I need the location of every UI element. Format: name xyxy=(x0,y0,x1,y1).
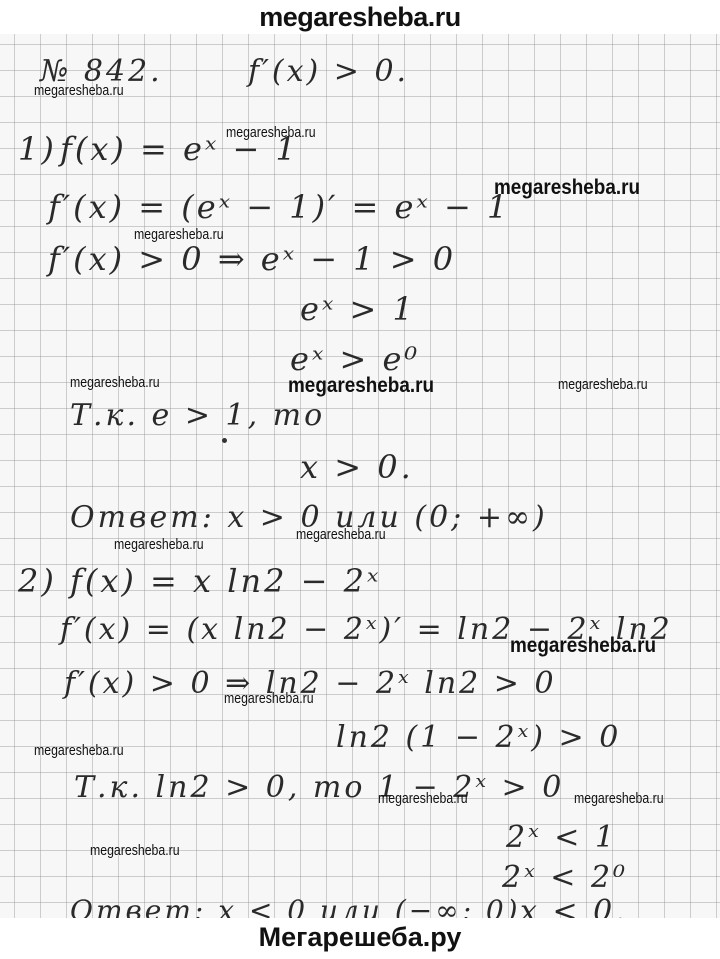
watermark: megaresheba.ru xyxy=(114,536,204,553)
watermark: megaresheba.ru xyxy=(34,82,124,99)
part1-line-step1: eˣ > 1 xyxy=(300,290,416,328)
watermark: megaresheba.ru xyxy=(134,226,224,243)
watermark: megaresheba.ru xyxy=(90,842,180,859)
part2-line-step1: 2ˣ < 1 xyxy=(506,820,617,855)
site-footer-banner: Мегарешеба.ру xyxy=(0,918,720,959)
watermark: megaresheba.ru xyxy=(226,124,316,141)
part1-line-step2: eˣ > e⁰ xyxy=(290,340,420,378)
problem-condition: f′(x) > 0. xyxy=(248,54,409,89)
part2-label: 2) xyxy=(18,562,57,600)
watermark: megaresheba.ru xyxy=(224,690,314,707)
watermark: megaresheba.ru xyxy=(510,634,656,658)
part2-line-result: x < 0. xyxy=(520,894,628,918)
watermark: megaresheba.ru xyxy=(296,526,386,543)
part2-line-step2: 2ˣ < 2⁰ xyxy=(502,860,628,895)
watermark: megaresheba.ru xyxy=(574,790,664,807)
watermark: megaresheba.ru xyxy=(558,376,648,393)
part2-line-factor: ln2 (1 − 2ˣ) > 0 xyxy=(336,720,621,755)
part2-answer: Ответ: x < 0 или (−∞; 0) xyxy=(70,894,521,918)
part1-line-inequality: f′(x) > 0 ⇒ eˣ − 1 > 0 xyxy=(48,240,456,278)
part1-label: 1) xyxy=(18,130,57,168)
watermark: megaresheba.ru xyxy=(494,176,640,200)
part1-line-result: x > 0. xyxy=(300,448,414,486)
watermark: megaresheba.ru xyxy=(34,742,124,759)
watermark: megaresheba.ru xyxy=(70,374,160,391)
site-header-banner: megaresheba.ru xyxy=(0,0,720,34)
part2-line-reason: Т.к. ln2 > 0, то 1 − 2ˣ > 0 xyxy=(74,770,564,805)
part1-line-derivative: f′(x) = (eˣ − 1)′ = eˣ − 1 xyxy=(48,188,510,226)
watermark: megaresheba.ru xyxy=(288,374,434,398)
part1-line-reason: Т.к. e > 1, то xyxy=(70,398,325,433)
part2-line-function: f(x) = x ln2 − 2ˣ xyxy=(70,562,381,600)
watermark: megaresheba.ru xyxy=(378,790,468,807)
ink-dot xyxy=(222,438,227,443)
notebook-page: № 842. f′(x) > 0. 1) f(x) = eˣ − 1 f′(x)… xyxy=(0,34,720,918)
